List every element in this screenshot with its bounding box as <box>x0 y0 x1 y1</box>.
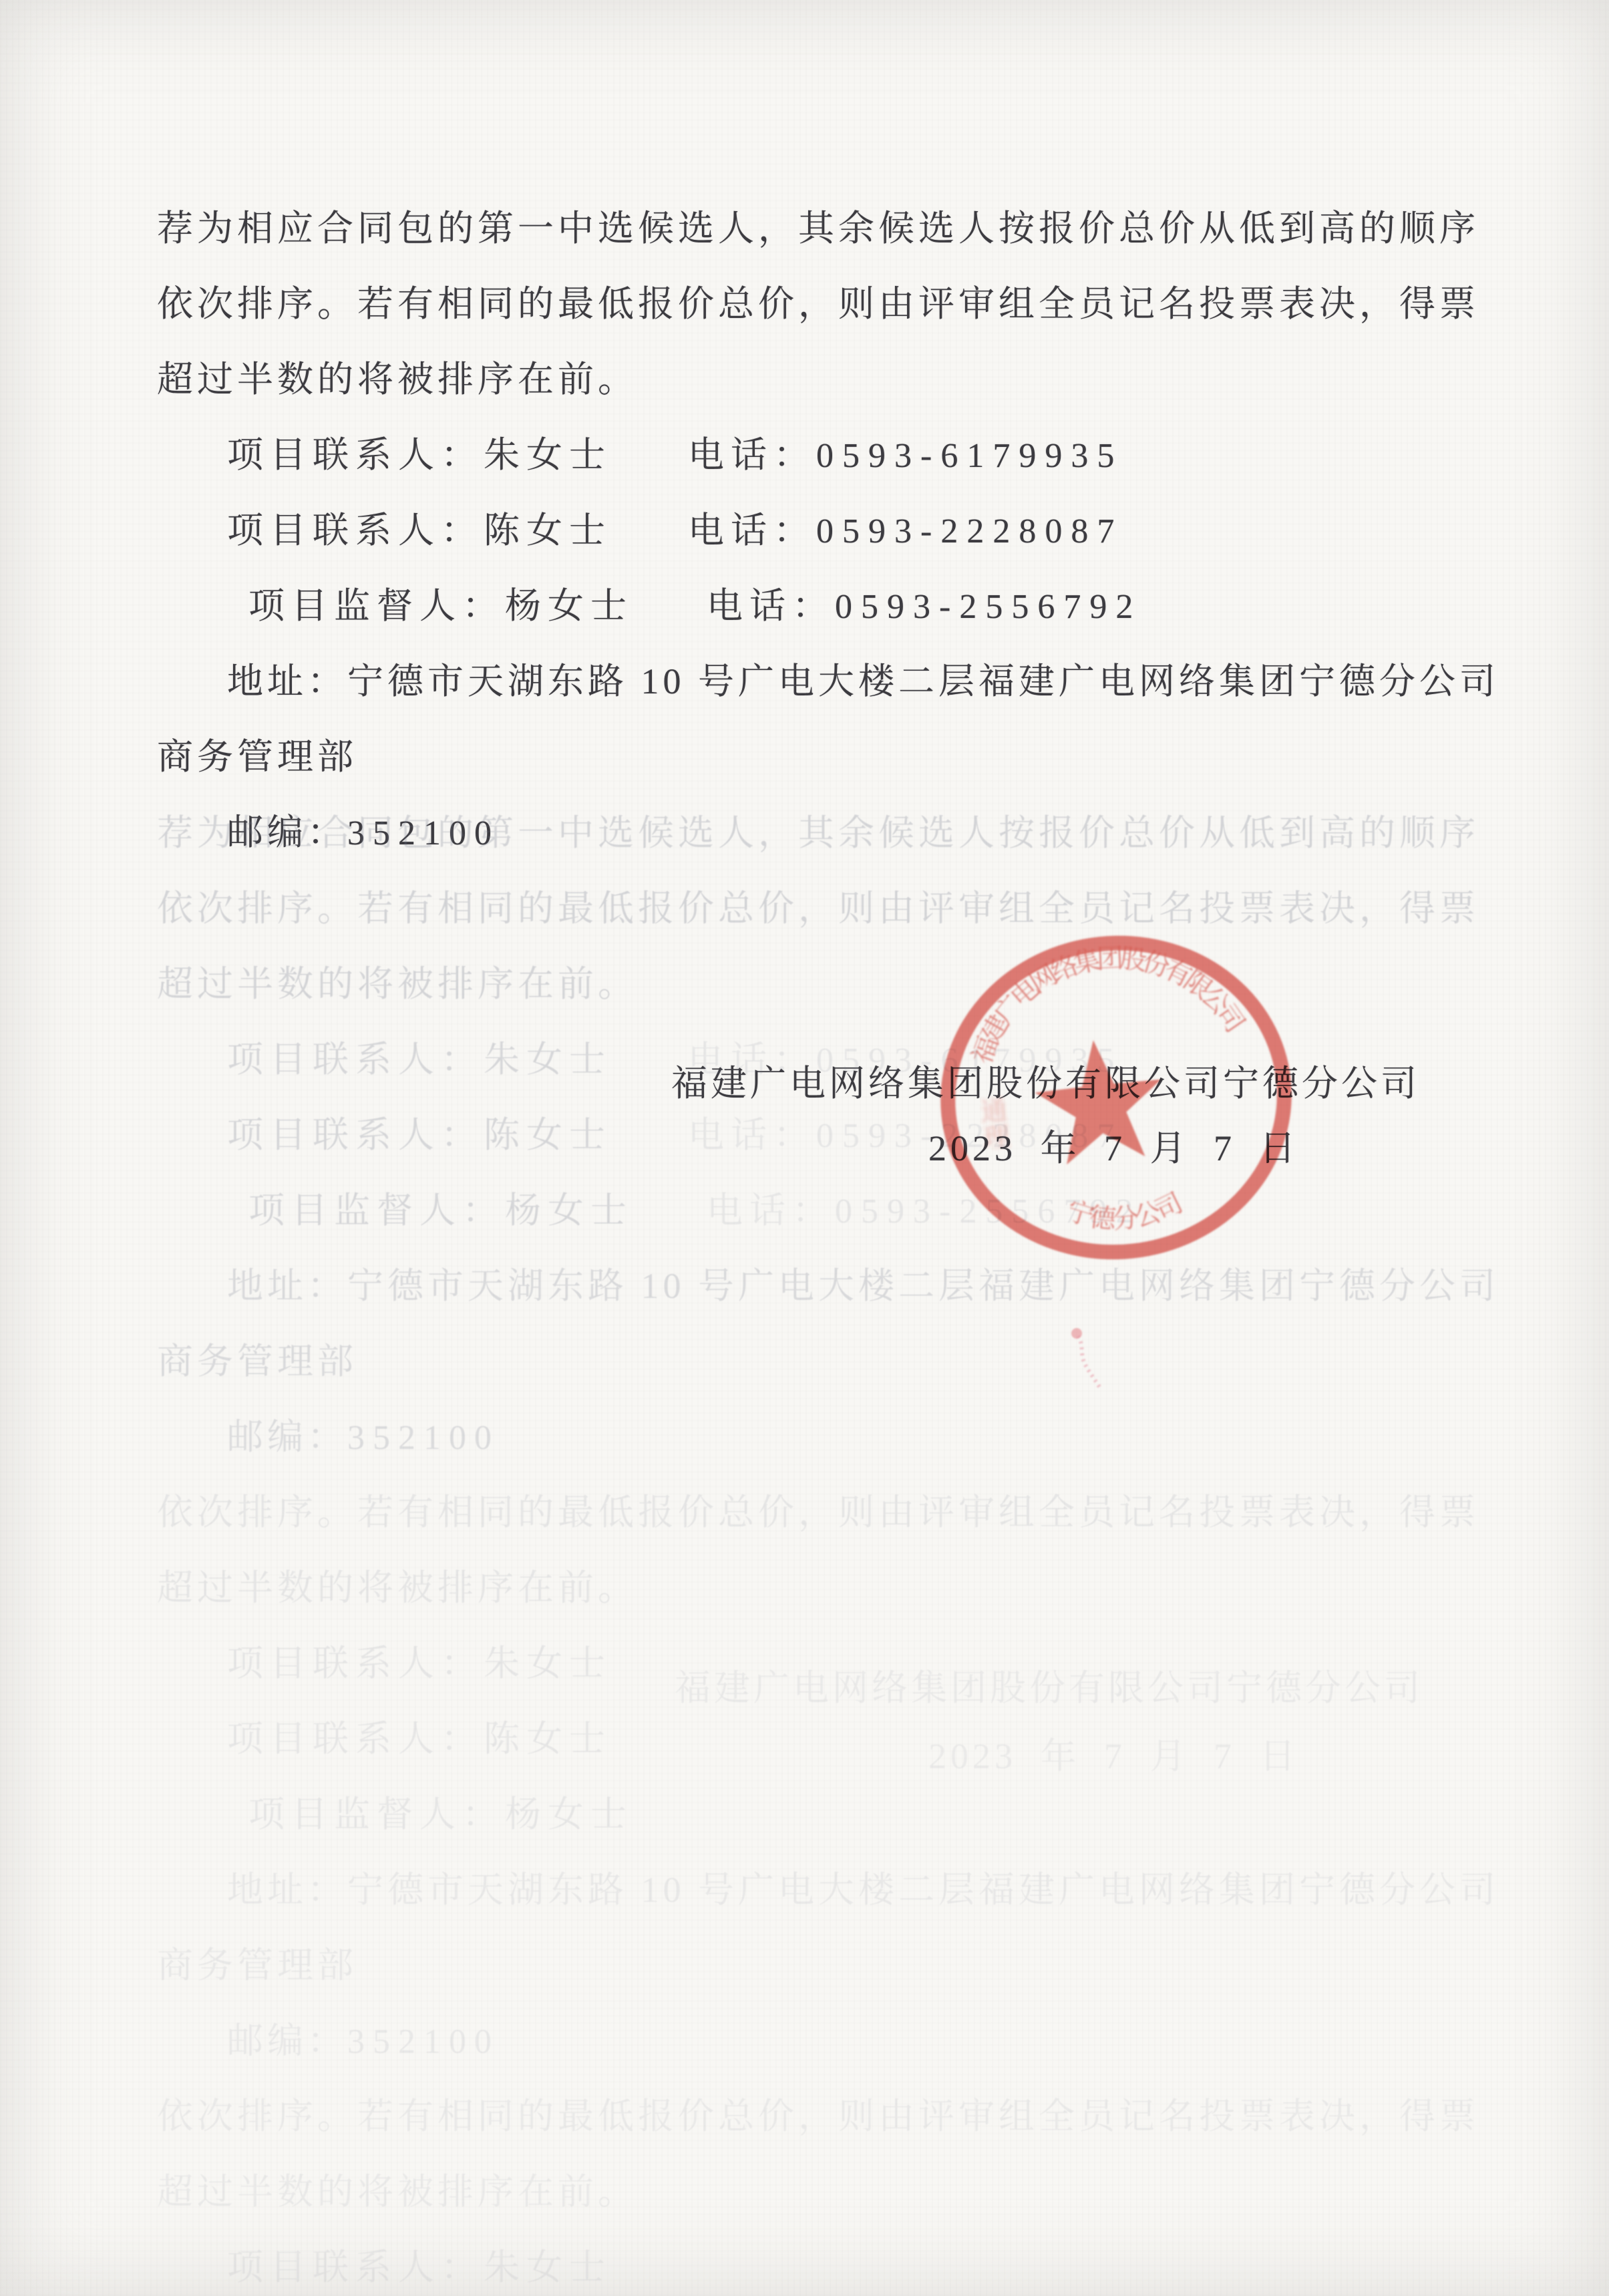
ghost-text-line: 邮编：352100 <box>227 1418 500 1458</box>
body-line-3: 超过半数的将被排序在前。 <box>157 360 638 399</box>
body-line-1: 荐为相应合同包的第一中选候选人，其余候选人按报价总价从低到高的顺序 <box>157 209 1479 248</box>
phone-label: 电话： <box>707 586 835 626</box>
ghost-text-line: 福建广电网络集团股份有限公司宁德分公司 <box>675 1669 1423 1707</box>
address-line: 地址：宁德市天湖东路 10 号广电大楼二层福建广电网络集团宁德分公司 <box>227 662 1499 701</box>
contact-name: 朱女士 <box>484 435 612 475</box>
contact-name: 陈女士 <box>484 510 612 550</box>
phone-number: 0593-2228087 <box>816 512 1123 550</box>
seal-ring-text: 福建广电网络集团股份有限公司 <box>956 930 1253 1071</box>
red-ink-smudge <box>1066 1327 1109 1393</box>
ghost-text-line: 依次排序。若有相同的最低报价总价，则由评审组全员记名投票表决，得票 <box>157 1493 1479 1532</box>
ghost-text-line: 项目监督人：杨女士 <box>248 1191 633 1230</box>
address-value: 宁德市天湖东路 10 号广电大楼二层福建广电网络集团宁德分公司 <box>347 661 1499 701</box>
contact-label: 项目联系人： <box>227 510 484 550</box>
ghost-text-line: 2023 年 7 月 7 日 <box>928 1737 1300 1776</box>
address-label: 地址： <box>227 661 347 701</box>
company-seal-stamp: 福建广电网络集团股份有限公司 宁德分公司 通理 <box>934 930 1302 1272</box>
contact-label: 项目监督人： <box>248 586 505 626</box>
scanned-document-page: 荐为相应合同包的第一中选候选人，其余候选人按报价总价从低到高的顺序 依次排序。若… <box>0 0 1609 2296</box>
seal-inner-smudge: 通理 <box>975 1095 1011 1151</box>
ghost-text-line: 超过半数的将被排序在前。 <box>157 1569 638 1607</box>
phone-label: 电话： <box>688 510 816 550</box>
seal-bottom-text: 宁德分公司 <box>1061 1184 1189 1241</box>
ghost-text-line: 超过半数的将被排序在前。 <box>157 965 638 1003</box>
contact-phone: 电话：0593-2556792 <box>707 587 1141 627</box>
phone-number: 0593-6179935 <box>816 437 1123 475</box>
ghost-text-line: 项目联系人：陈女士 <box>227 1719 612 1758</box>
ghost-text-line: 依次排序。若有相同的最低报价总价，则由评审组全员记名投票表决，得票 <box>157 2097 1479 2136</box>
ghost-text-line: 商务管理部 <box>157 1342 357 1381</box>
contact-row: 项目联系人：陈女士 <box>227 511 612 550</box>
contact-phone: 电话：0593-6179935 <box>688 436 1123 476</box>
ghost-text-line: 项目联系人：陈女士 <box>227 1116 612 1154</box>
ghost-text-line: 项目联系人：朱女士 <box>227 2248 612 2287</box>
ghost-text-line: 地址：宁德市天湖东路 10 号广电大楼二层福建广电网络集团宁德分公司 <box>227 1267 1499 1305</box>
ghost-text-line: 地址：宁德市天湖东路 10 号广电大楼二层福建广电网络集团宁德分公司 <box>227 1870 1499 1909</box>
ghost-text-line: 邮编：352100 <box>227 2021 500 2062</box>
ghost-text-line: 荐为相应合同包的第一中选候选人，其余候选人按报价总价从低到高的顺序 <box>157 814 1479 852</box>
ghost-text-line: 项目联系人：朱女士 <box>227 1040 612 1079</box>
ghost-text-line: 依次排序。若有相同的最低报价总价，则由评审组全员记名投票表决，得票 <box>157 889 1479 928</box>
ghost-text-line: 超过半数的将被排序在前。 <box>157 2172 638 2211</box>
contact-name: 杨女士 <box>505 586 633 626</box>
phone-label: 电话： <box>688 435 816 475</box>
seal-star-icon <box>1030 1033 1169 1167</box>
contact-label: 项目联系人： <box>227 435 484 475</box>
body-line-2: 依次排序。若有相同的最低报价总价，则由评审组全员记名投票表决，得票 <box>157 285 1479 323</box>
svg-text:宁德分公司: 宁德分公司 <box>1061 1184 1189 1241</box>
contact-row: 项目监督人：杨女士 <box>248 587 633 625</box>
address-line-2: 商务管理部 <box>157 737 357 776</box>
contact-phone: 电话：0593-2228087 <box>688 511 1123 551</box>
svg-text:福建广电网络集团股份有限公司: 福建广电网络集团股份有限公司 <box>956 930 1253 1071</box>
ghost-text-line: 商务管理部 <box>157 1946 357 1985</box>
ghost-text-line: 项目联系人：朱女士 <box>227 1644 612 1683</box>
ghost-text-line: 项目监督人：杨女士 <box>248 1795 633 1834</box>
contact-row: 项目联系人：朱女士 <box>227 436 612 474</box>
phone-number: 0593-2556792 <box>835 588 1141 626</box>
